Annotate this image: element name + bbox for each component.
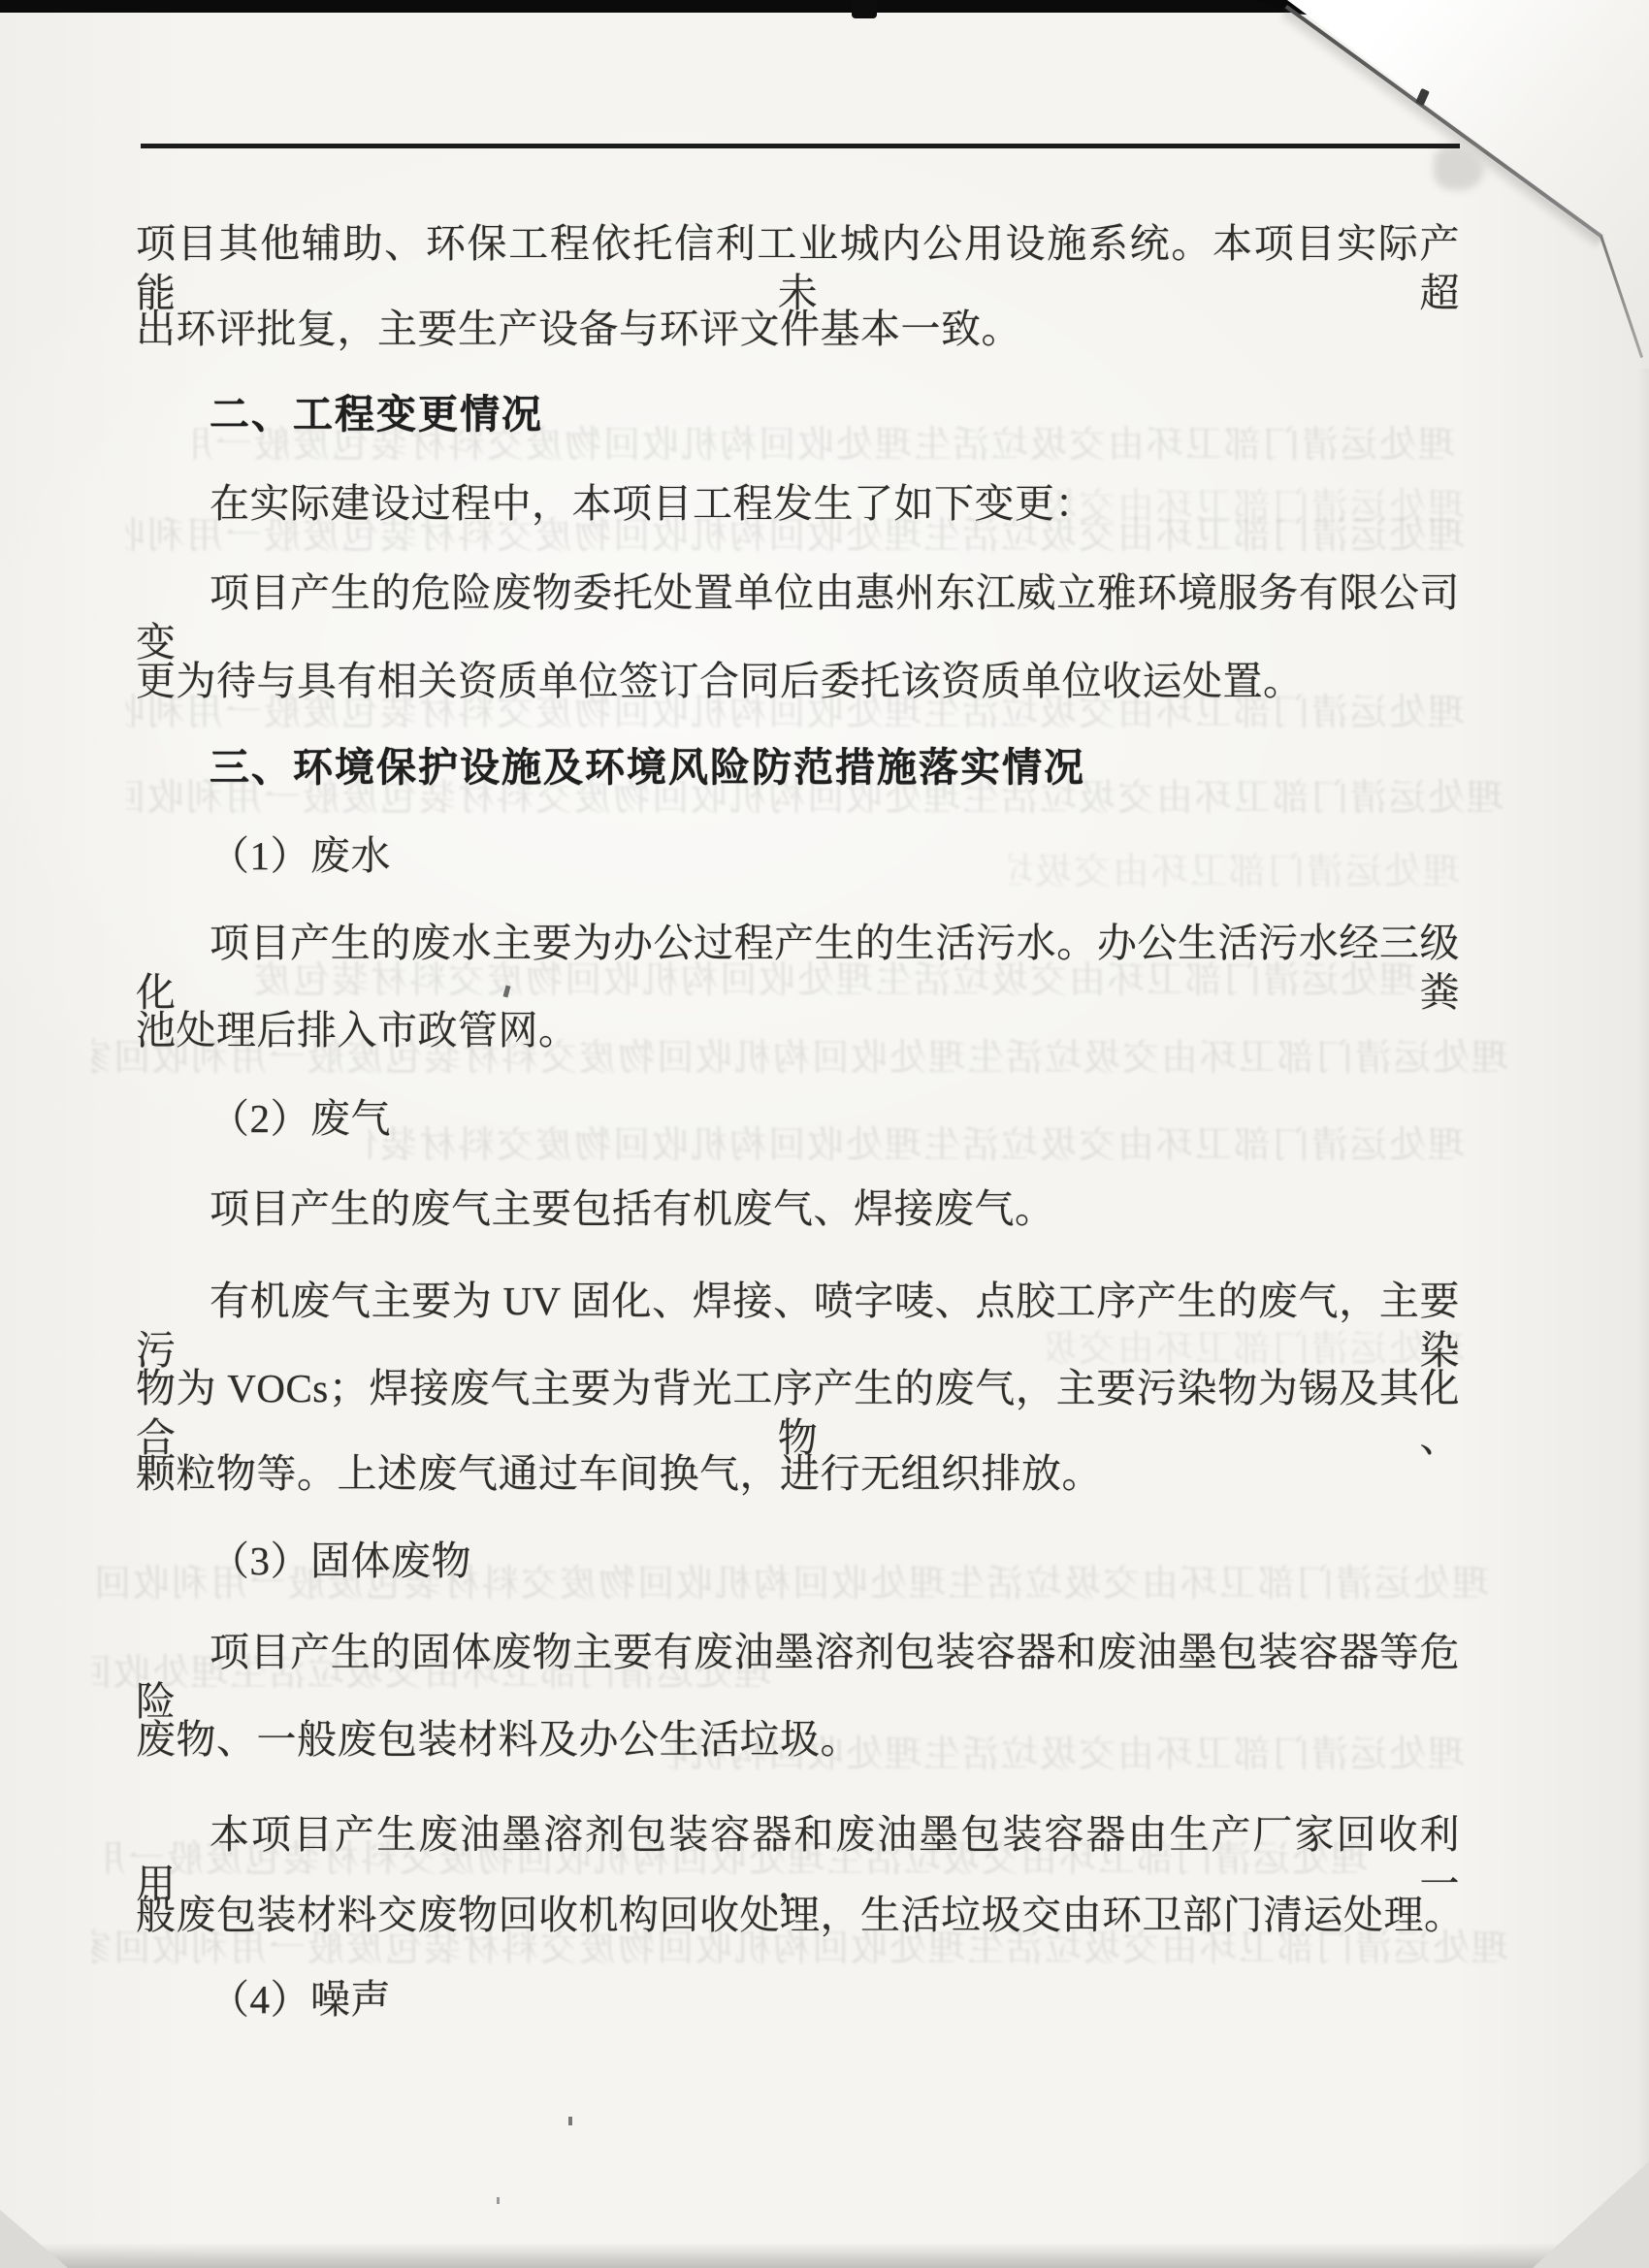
subsection-label-noise: （4）噪声	[136, 1975, 1460, 2025]
subsection-label-wastegas: （2）废气	[136, 1094, 1460, 1144]
section-heading-2: 二、工程变更情况	[136, 390, 1460, 439]
text-line: 颗粒物等。上述废气通过车间换气，进行无组织排放。	[136, 1449, 1460, 1499]
page-bottom-left-corner	[0, 2210, 68, 2268]
text-line: 有机废气主要为 UV 固化、焊接、喷字唛、点胶工序产生的废气，主要污染	[136, 1277, 1460, 1377]
text-line: 般废包装材料交废物回收机构回收处理，生活垃圾交由环卫部门清运处理。	[136, 1891, 1460, 1940]
page-bottom-right-corner	[1533, 2161, 1649, 2268]
ink-speck	[497, 2197, 500, 2204]
text-line: 项目产生的危险废物委托处置单位由惠州东江威立雅环境服务有限公司变	[136, 568, 1460, 668]
page-right-edge-shading	[1637, 369, 1649, 2268]
text-line: 项目产生的固体废物主要有废油墨溶剂包装容器和废油墨包装容器等危险	[136, 1628, 1460, 1728]
subsection-label-wastewater: （1）废水	[136, 831, 1460, 881]
text-line: 在实际建设过程中，本项目工程发生了如下变更：	[136, 479, 1460, 529]
text-line: 池处理后排入市政管网。	[136, 1006, 1460, 1055]
subsection-label-solidwaste: （3）固体废物	[136, 1537, 1460, 1586]
section-heading-3: 三、环境保护设施及环境风险防范措施落实情况	[136, 743, 1460, 793]
ink-speck	[568, 2117, 572, 2125]
text-line: 废物、一般废包装材料及办公生活垃圾。	[136, 1715, 1460, 1765]
scanner-edge-bottom	[0, 2243, 1649, 2268]
text-line: 更为待与具有相关资质单位签订合同后委托该资质单位收运处置。	[136, 657, 1460, 706]
header-rule	[141, 144, 1460, 148]
text-line: 出环评批复，主要生产设备与环评文件基本一致。	[136, 305, 1460, 354]
text-line: 项目产生的废气主要包括有机废气、焊接废气。	[136, 1184, 1460, 1234]
scanner-edge-notch	[852, 0, 877, 18]
curl-smudge-mark	[1434, 146, 1484, 190]
scanned-page: 理处运清门部卫环由交圾垃活生理处收回构机收回物废交料材装包废般一用利收回家厂产生…	[0, 0, 1649, 2268]
text-line: 项目产生的废水主要为办公过程产生的生活污水。办公生活污水经三级化粪	[136, 919, 1460, 1019]
